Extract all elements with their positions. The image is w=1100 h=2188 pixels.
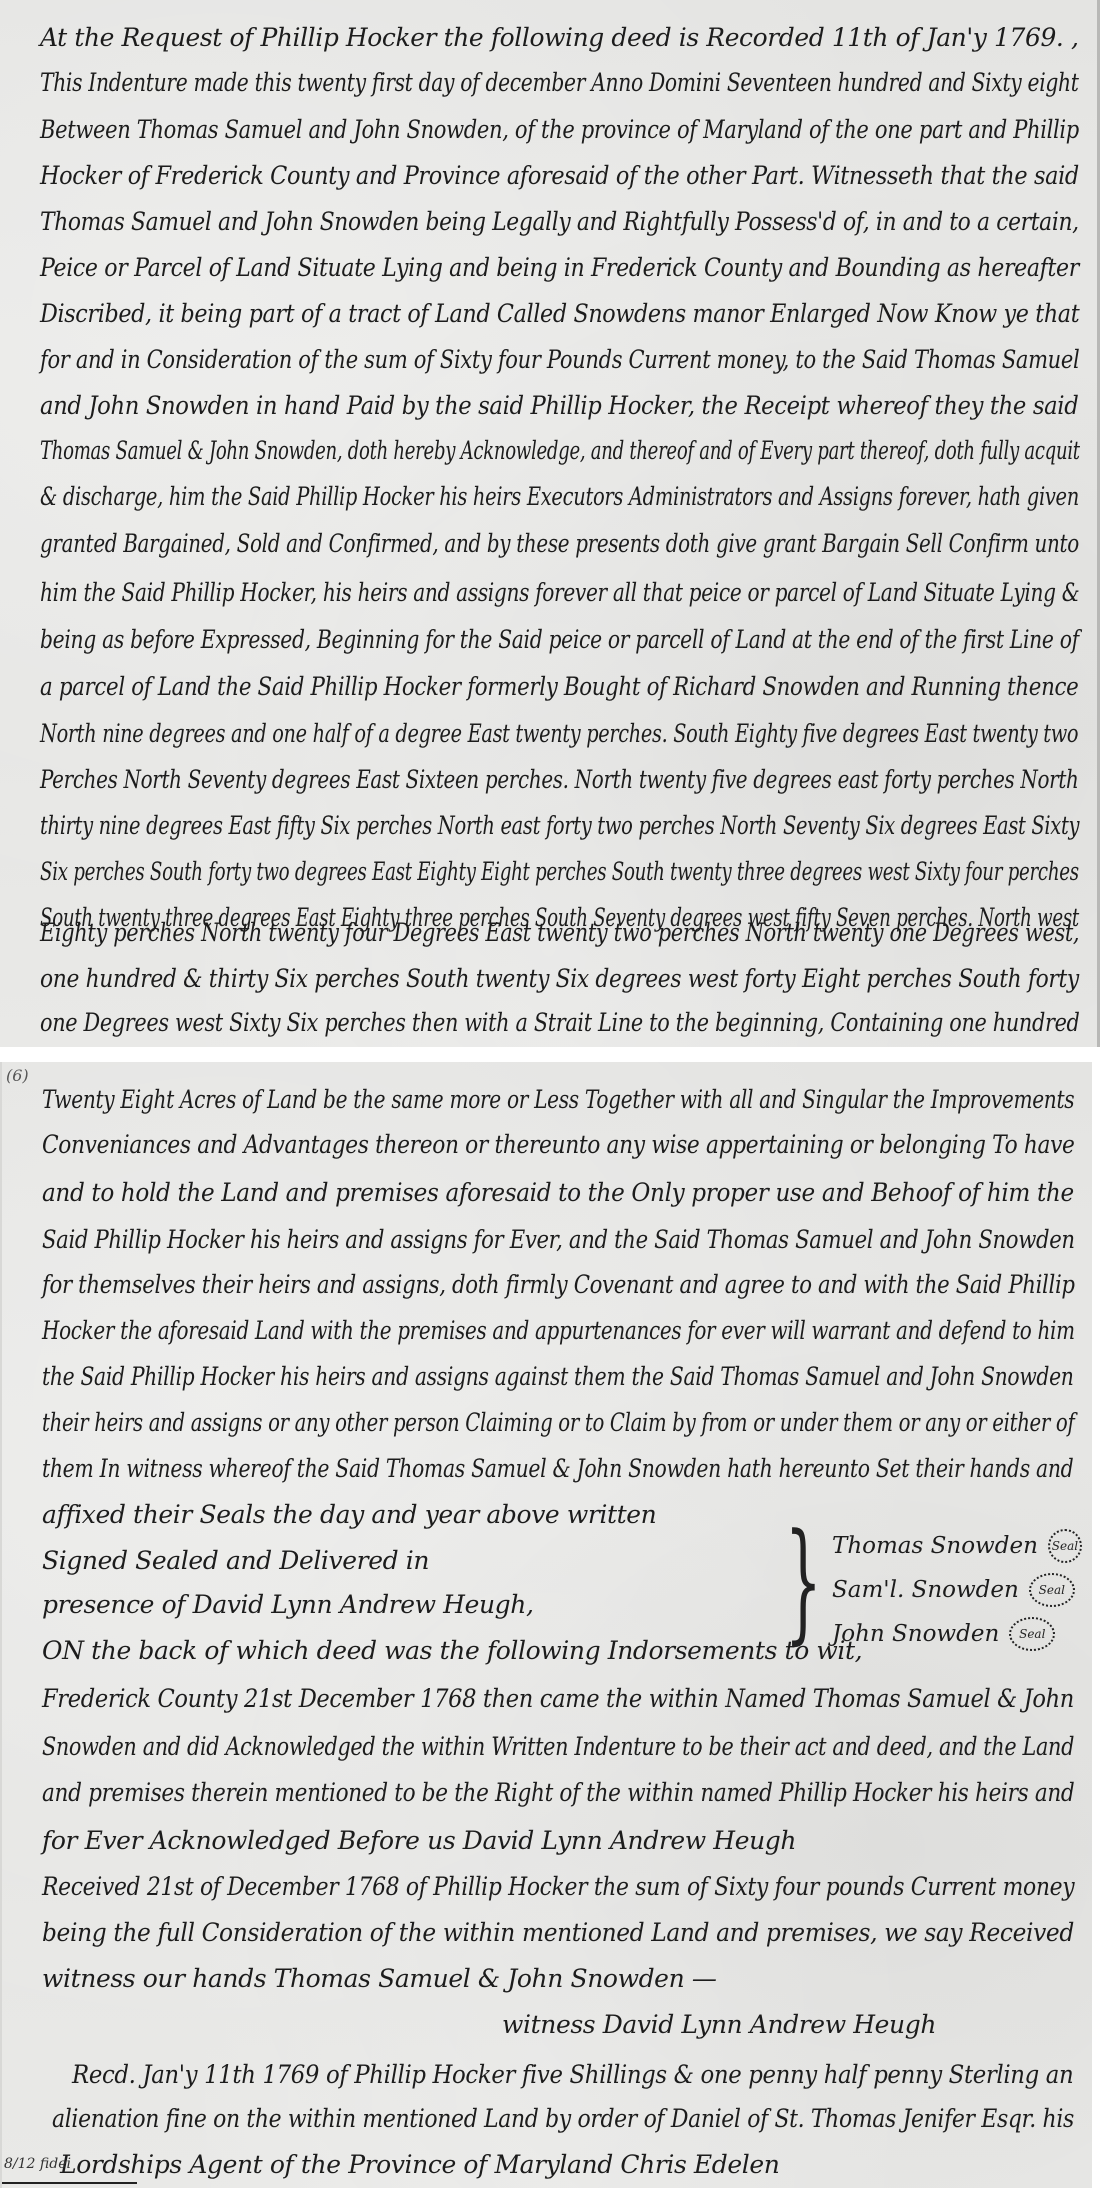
signatory-name: Thomas Snowden: [832, 1533, 1038, 1559]
deed-text-line: Discribed, it being part of a tract of L…: [40, 301, 965, 326]
habendum-line: and to hold the Land and premises afores…: [42, 1180, 998, 1205]
attestation-line: Signed Sealed and Delivered in: [42, 1548, 732, 1573]
metes-bounds-line: North nine degrees and one half of a deg…: [40, 721, 842, 746]
testimonium-line: affixed their Seals the day and year abo…: [42, 1502, 732, 1527]
alienation-fine-line: Recd. Jan'y 11th 1769 of Phillip Hocker …: [72, 2062, 987, 2087]
covenant-line: the Said Phillip Hocker his heirs and as…: [42, 1364, 881, 1389]
page-margin-mark: (6): [6, 1066, 29, 1085]
receipt-line: being the full Consideration of the with…: [42, 1920, 1005, 1945]
deed-text-line: granted Bargained, Sold and Confirmed, a…: [40, 531, 867, 556]
beginning-bounds-line: being as before Expressed, Beginning for…: [40, 627, 884, 652]
deed-page-bottom: (6) Twenty Eight Acres of Land be the sa…: [0, 1062, 1092, 2188]
signature-block: } Thomas Snowden Seal Sam'l. Snowden Sea…: [832, 1524, 1082, 1656]
deed-text-line: Thomas Samuel and John Snowden being Leg…: [40, 209, 946, 234]
receipt-signature-line: witness our hands Thomas Samuel & John S…: [42, 1966, 1074, 1991]
signature-row: Sam'l. Snowden Seal: [832, 1568, 1082, 1612]
acknowledgment-line: and premises therein mentioned to be the…: [42, 1780, 934, 1805]
deed-text-line: Hocker of Frederick County and Province …: [40, 163, 971, 188]
attestation-witnesses-line: presence of David Lynn Andrew Heugh,: [42, 1592, 732, 1617]
deed-page-top: At the Request of Phillip Hocker the fol…: [0, 0, 1100, 1047]
metes-bounds-line: Perches North Seventy degrees East Sixte…: [40, 767, 867, 792]
deed-text-line: for and in Consideration of the sum of S…: [40, 347, 914, 372]
deed-text-line: him the Said Phillip Hocker, his heirs a…: [40, 580, 875, 605]
signature-row: Thomas Snowden Seal: [832, 1524, 1082, 1568]
acknowledgment-line: Snowden and did Acknowledged the within …: [42, 1734, 899, 1759]
deed-text-line: Said Phillip Hocker his heirs and assign…: [42, 1227, 916, 1252]
metes-bounds-line: Eighty perches North twenty four Degrees…: [40, 920, 908, 945]
metes-bounds-line: Six perches South forty two degrees East…: [40, 859, 797, 884]
deed-text-line: Peice or Parcel of Land Situate Lying an…: [40, 255, 957, 280]
deed-text-line: and John Snowden in hand Paid by the sai…: [40, 393, 983, 418]
recording-header-line: At the Request of Phillip Hocker the fol…: [40, 25, 1077, 50]
covenant-line: Hocker the aforesaid Land with the premi…: [42, 1318, 866, 1343]
alienation-fine-line: alienation fine on the within mentioned …: [52, 2106, 949, 2131]
wax-seal-icon: Seal: [1048, 1529, 1082, 1563]
signature-brace-icon: }: [785, 1516, 822, 1646]
deed-text-line: Thomas Samuel & John Snowden, doth hereb…: [40, 438, 791, 463]
parties-line: Between Thomas Samuel and John Snowden, …: [40, 117, 914, 142]
covenant-line: their heirs and assigns or any other per…: [42, 1410, 854, 1435]
bottom-rule-divider: [2, 2182, 137, 2184]
metes-bounds-line: one Degrees west Sixty Six perches then …: [40, 1010, 904, 1035]
signatory-name: Sam'l. Snowden: [832, 1577, 1019, 1603]
indorsement-heading-line: ON the back of which deed was the follow…: [42, 1638, 1074, 1663]
testimonium-line: them In witness whereof the Said Thomas …: [42, 1456, 884, 1481]
receipt-line: Received 21st of December 1768 of Philli…: [42, 1874, 946, 1899]
deed-text-line: a parcel of Land the Said Phillip Hocker…: [40, 674, 927, 699]
margin-fee-note: 8/12 fidei: [4, 2156, 71, 2172]
acknowledgment-line: Frederick County 21st December 1768 then…: [42, 1686, 974, 1711]
covenant-line: for themselves their heirs and assigns, …: [42, 1272, 918, 1297]
acknowledgment-line: for Ever Acknowledged Before us David Ly…: [42, 1828, 1074, 1853]
habendum-line: Conveniances and Advantages thereon or t…: [42, 1132, 939, 1157]
metes-bounds-line: thirty nine degrees East fifty Six perch…: [40, 813, 848, 838]
indenture-opening-line: This Indenture made this twenty first da…: [40, 70, 883, 95]
wax-seal-icon: Seal: [1029, 1573, 1075, 1607]
agent-signature-line: Lordships Agent of the Province of Maryl…: [60, 2152, 1074, 2177]
receipt-witness-line: witness David Lynn Andrew Heugh: [502, 2012, 1074, 2037]
deed-text-line: & discharge, him the Said Phillip Hocker…: [40, 484, 849, 509]
deed-text-line: Twenty Eight Acres of Land be the same m…: [42, 1087, 873, 1112]
metes-bounds-line: one hundred & thirty Six perches South t…: [40, 966, 946, 991]
